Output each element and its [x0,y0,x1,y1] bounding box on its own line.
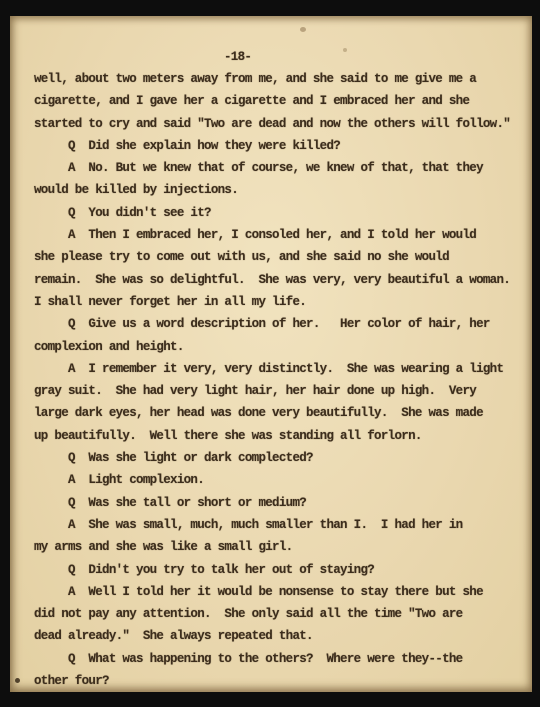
text-line: A Well I told her it would be nonsense t… [34,581,532,603]
text-line: dead already." She always repeated that. [34,625,532,647]
text-line: Q Was she light or dark complected? [34,447,532,469]
document-page: -18- well, about two meters away from me… [10,16,532,692]
text-line: she please try to come out with us, and … [34,246,532,268]
paper-speck [15,678,20,683]
text-line: A I remember it very, very distinctly. S… [34,358,532,380]
text-line: Q What was happening to the others? Wher… [34,648,532,670]
text-line: started to cry and said "Two are dead an… [34,113,532,135]
text-line: well, about two meters away from me, and… [34,68,532,90]
text-line: my arms and she was like a small girl. [34,536,532,558]
text-line: would be killed by injections. [34,179,532,201]
text-line: Q Give us a word description of her. Her… [34,313,532,335]
text-line: A She was small, much, much smaller than… [34,514,532,536]
text-line: complexion and height. [34,336,532,358]
text-line: large dark eyes, her head was done very … [34,402,532,424]
text-line: I shall never forget her in all my life. [34,291,532,313]
text-line: Q You didn't see it? [34,202,532,224]
text-line: up beautifully. Well there she was stand… [34,425,532,447]
text-line: A Then I embraced her, I consoled her, a… [34,224,532,246]
text-line: A Light complexion. [34,469,532,491]
text-line: gray suit. She had very light hair, her … [34,380,532,402]
text-line: other four? [34,670,532,692]
scan-frame: -18- well, about two meters away from me… [0,0,540,707]
page-number: -18- [34,46,532,68]
text-line: cigarette, and I gave her a cigarette an… [34,90,532,112]
text-line: did not pay any attention. She only said… [34,603,532,625]
paper-speck [300,27,306,32]
document-lines: well, about two meters away from me, and… [34,68,532,692]
text-line: Q Didn't you try to talk her out of stay… [34,559,532,581]
document-content: -18- well, about two meters away from me… [34,46,532,692]
text-line: Q Was she tall or short or medium? [34,492,532,514]
text-line: Q Did she explain how they were killed? [34,135,532,157]
text-line: remain. She was so delightful. She was v… [34,269,532,291]
text-line: A No. But we knew that of course, we kne… [34,157,532,179]
